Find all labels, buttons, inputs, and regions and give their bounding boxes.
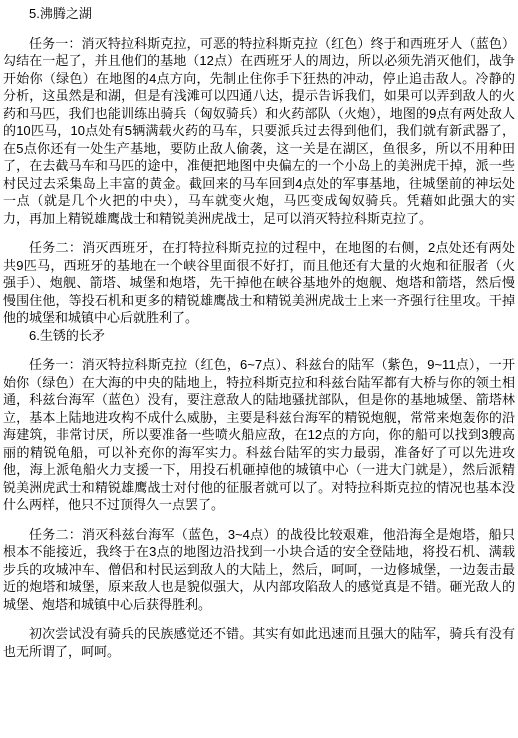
mission-1-paragraph: 任务一：消灭特拉科斯克拉，可恶的特拉科斯克拉（红色）终于和西班牙人（蓝色）勾结在… — [3, 35, 515, 228]
section-title-boiling-lake: 5.沸腾之湖 — [3, 5, 515, 23]
mission-1-paragraph: 任务一：消灭特拉科斯克拉（红色，6~7点）、科兹台的陆军（紫色，9~11点），一… — [3, 356, 515, 514]
mission-2-paragraph: 任务二：消灭西班牙，在打特拉科斯克拉的过程中，在地图的右侧，2点处还有两处共9匹… — [3, 239, 515, 327]
section-boiling-lake: 5.沸腾之湖 任务一：消灭特拉科斯克拉，可恶的特拉科斯克拉（红色）终于和西班牙人… — [3, 5, 515, 327]
mission-2-paragraph: 任务二：消灭科兹台海军（蓝色，3~4点）的战役比较艰难，他沿海全是炮塔，船只根本… — [3, 526, 515, 614]
section-title-rusty-spear: 6.生锈的长矛 — [3, 327, 515, 345]
section-rusty-spear: 6.生锈的长矛 任务一：消灭特拉科斯克拉（红色，6~7点）、科兹台的陆军（紫色，… — [3, 327, 515, 661]
closing-remark-paragraph: 初次尝试没有骑兵的民族感觉还不错。其实有如此迅速而且强大的陆军，骑兵有没有也无所… — [3, 625, 515, 660]
walkthrough-document: 5.沸腾之湖 任务一：消灭特拉科斯克拉，可恶的特拉科斯克拉（红色）终于和西班牙人… — [3, 5, 515, 660]
